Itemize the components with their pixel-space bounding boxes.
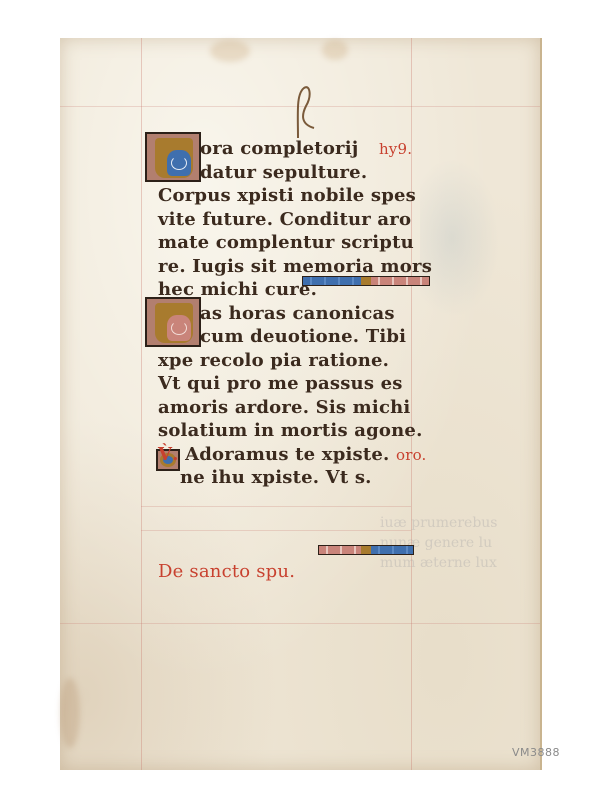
text-line: amoris ardore. Sis michi <box>158 396 438 420</box>
ascender-flourish <box>292 84 320 140</box>
text-line: hec michi cure. <box>158 278 438 302</box>
text-line: as horas canonicas <box>158 302 438 326</box>
rubric-heading: De sancto spu. <box>158 561 295 582</box>
text-line: datur sepulture. <box>158 161 438 185</box>
rubric: oro. <box>396 446 427 464</box>
blank-line <box>158 537 438 561</box>
blank-line <box>158 490 438 514</box>
blank-line <box>158 513 438 537</box>
text-line: vite future. Conditur aro <box>158 208 438 232</box>
stain <box>60 678 80 748</box>
text-line: De sancto spu. <box>158 560 438 584</box>
stain <box>210 40 250 62</box>
shelfmark-label: VM3888 <box>512 746 560 759</box>
text-line: Corpus xpisti nobile spes <box>158 184 438 208</box>
ruling-line-bottom <box>60 623 540 624</box>
text-line: mate complentur scriptu <box>158 231 438 255</box>
text-line: V̀. Adoramus te xpiste. oro. <box>158 443 438 467</box>
text-line: Vt qui pro me passus es <box>158 372 438 396</box>
stain <box>322 40 348 60</box>
text-block: ora completorij hy9. datur sepulture. Co… <box>158 137 438 584</box>
rubric: hy9. <box>379 140 412 158</box>
rubric-versicle: V̀. <box>158 444 179 465</box>
text-line: ora completorij hy9. <box>158 137 438 161</box>
text-line: solatium in mortis agone. <box>158 419 438 443</box>
ruling-line-left <box>141 38 142 770</box>
text-line: re. Iugis sit memoria mors <box>158 255 438 279</box>
text-line: cum deuotione. Tibi <box>158 325 438 349</box>
text-line: xpe recolo pia ratione. <box>158 349 438 373</box>
text-line: ne ihu xpiste. Vt s. <box>158 466 438 490</box>
